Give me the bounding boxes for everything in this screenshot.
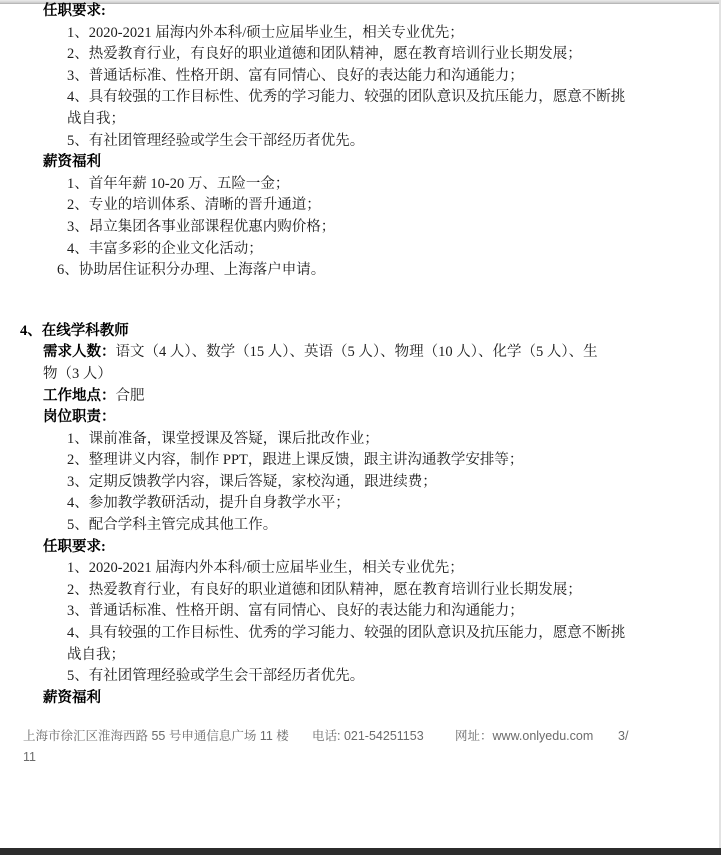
salary-item: 3、昂立集团各事业部课程优惠内购价格； [67,217,721,239]
requirement-item-continuation: 战自我； [67,109,721,131]
location-label: 工作地点： [43,388,116,404]
section-spacer [0,282,721,321]
footer-website-url: www.onlyedu.com [493,729,594,743]
location-line: 工作地点：合肥 [43,386,721,408]
duty-item: 4、参加教学教研活动，提升自身教学水平； [67,493,721,515]
requirements-heading: 任职要求: [43,537,721,559]
requirements-heading: 任职要求: [43,1,721,23]
requirement-item: 4、具有较强的工作目标性、优秀的学习能力、较强的团队意识及抗压能力，愿意不断挑 [67,87,721,109]
footer-line: 上海市徐汇区淮海西路 55 号申通信息广场 11 楼 电话: 021-54251… [23,728,713,749]
demand-value: 语文（4 人）、数学（15 人）、英语（5 人）、物理（10 人）、化学（5 人… [116,344,598,360]
document-viewer: { "theme": { "page_bg": "#ffffff", "body… [0,0,721,855]
duty-item: 2、整理讲义内容，制作 PPT，跟进上课反馈，跟主讲沟通教学安排等； [67,450,721,472]
salary-item: 1、首年年薪 10-20 万、五险一金； [67,174,721,196]
page-number-continuation: 11 [23,749,713,766]
requirement-item: 3、普通话标准、性格开朗、富有同情心、良好的表达能力和沟通能力； [67,66,721,88]
duty-item: 1、课前准备，课堂授课及答疑，课后批改作业； [67,429,721,451]
salary-heading: 薪资福利 [43,688,721,710]
salary-heading: 薪资福利 [43,152,721,174]
document-page: 任职要求: 1、2020-2021 届海内外本科/硕士应届毕业生，相关专业优先；… [0,1,721,709]
footer-website: 网址：www.onlyedu.com [455,728,593,745]
page-number: 3/ [618,728,628,745]
demand-line: 需求人数：语文（4 人）、数学（15 人）、英语（5 人）、物理（10 人）、化… [43,342,721,364]
duties-heading: 岗位职责： [43,407,721,429]
requirement-item: 5、有社团管理经验或学生会干部经历者优先。 [67,666,721,688]
requirement-item-continuation: 战自我； [67,645,721,667]
requirement-item: 5、有社团管理经验或学生会干部经历者优先。 [67,131,721,153]
requirement-item: 1、2020-2021 届海内外本科/硕士应届毕业生，相关专业优先； [67,23,721,45]
duty-item: 5、配合学科主管完成其他工作。 [67,515,721,537]
job-section-title: 4、在线学科教师 [20,321,721,343]
page-footer: 上海市徐汇区淮海西路 55 号申通信息广场 11 楼 电话: 021-54251… [23,728,713,766]
salary-item: 4、丰富多彩的企业文化活动； [67,239,721,261]
requirement-item: 2、热爱教育行业，有良好的职业道德和团队精神，愿在教育培训行业长期发展； [67,580,721,602]
requirement-item: 3、普通话标准、性格开朗、富有同情心、良好的表达能力和沟通能力； [67,601,721,623]
salary-item: 6、协助居住证积分办理、上海落户申请。 [57,260,721,282]
duty-item: 3、定期反馈教学内容，课后答疑，家校沟通，跟进续费； [67,472,721,494]
location-value: 合肥 [116,388,145,404]
requirement-item: 2、热爱教育行业，有良好的职业道德和团队精神，愿在教育培训行业长期发展； [67,44,721,66]
footer-website-label: 网址： [455,729,493,743]
requirement-item: 1、2020-2021 届海内外本科/硕士应届毕业生，相关专业优先； [67,558,721,580]
footer-phone: 电话: 021-54251153 [312,728,424,745]
demand-label: 需求人数： [43,344,116,360]
requirement-item: 4、具有较强的工作目标性、优秀的学习能力、较强的团队意识及抗压能力，愿意不断挑 [67,623,721,645]
window-bottom-edge [0,848,721,855]
salary-item: 2、专业的培训体系、清晰的晋升通道； [67,195,721,217]
demand-line-continuation: 物（3 人） [43,364,721,386]
footer-address: 上海市徐汇区淮海西路 55 号申通信息广场 11 楼 [23,728,289,745]
